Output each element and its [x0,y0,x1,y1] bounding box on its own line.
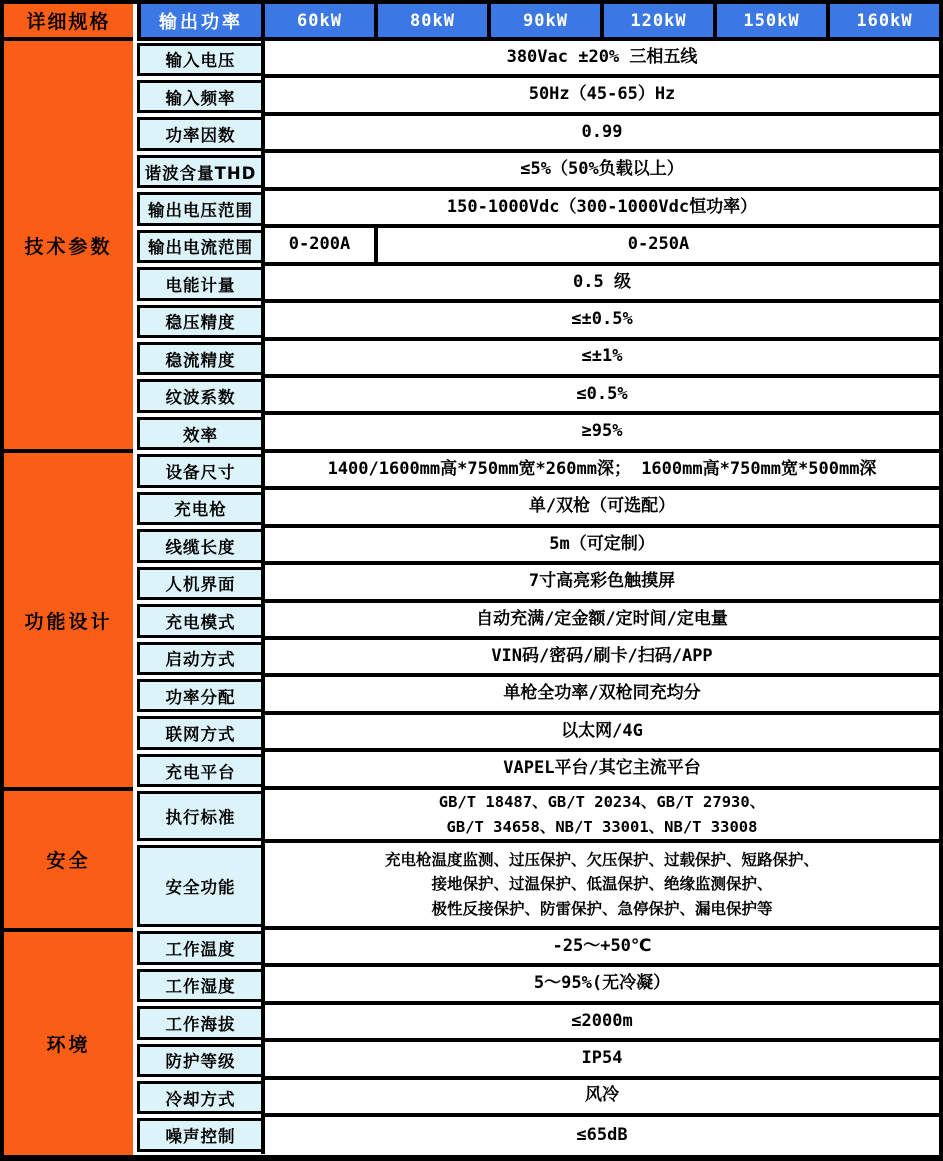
output-power-header-wrap: 输出功率 [137,4,261,41]
param-label-wrap: 执行标准 [137,790,261,844]
value-zone: 380Vac ±20% 三相五线 [261,41,939,78]
spec-value: 7寸高亮彩色触摸屏 [265,565,939,598]
category-column: 详细规格 技术参数功能设计安全环境 [4,4,133,1155]
value-zone: ≤65dB [261,1117,939,1154]
power-column-header: 80kW [378,4,487,37]
group-label-4: 环境 [4,932,133,1156]
param-label-wrap: 输出电压范围 [137,191,261,228]
param-label: 输出电流范围 [137,230,261,263]
param-label-wrap: 输入电压 [137,41,261,78]
bottom-edge-tick [378,1156,382,1160]
value-zone: 单/双枪（可选配） [261,490,939,527]
param-label: 充电模式 [137,604,261,637]
bottom-edge-tick [603,1156,607,1160]
param-label: 联网方式 [137,716,261,749]
value-zone: 1400/1600mm高*750mm宽*260mm深； 1600mm高*750m… [261,453,939,490]
spec-value: ≤65dB [265,1117,939,1154]
value-zone: ≥95% [261,415,939,452]
spec-row: 效率≥95% [137,415,939,452]
param-label-wrap: 联网方式 [137,715,261,752]
param-label: 启动方式 [137,642,261,675]
param-label: 功率分配 [137,679,261,712]
spec-value: 风冷 [265,1080,939,1113]
spec-row: 输入电压380Vac ±20% 三相五线 [137,41,939,78]
spec-value: VAPEL平台/其它主流平台 [265,752,939,785]
param-label: 防护等级 [137,1044,261,1077]
spec-value: VIN码/密码/刷卡/扫码/APP [265,640,939,673]
spec-row: 线缆长度5m（可定制） [137,528,939,565]
spec-row: 充电平台VAPEL平台/其它主流平台 [137,752,939,789]
value-zone: 0-200A0-250A [261,228,939,265]
param-label-wrap: 输出电流范围 [137,228,261,265]
param-label-wrap: 工作海拔 [137,1005,261,1042]
spec-value: 5m（可定制） [265,528,939,561]
value-zone: VAPEL平台/其它主流平台 [261,752,939,789]
corner-title: 详细规格 [4,4,133,41]
spec-value: 380Vac ±20% 三相五线 [265,41,939,74]
param-label: 稳流精度 [137,342,261,375]
spec-value: 单枪全功率/双枪同充均分 [265,677,939,710]
param-label-wrap: 噪声控制 [137,1117,261,1154]
spec-value: 单/双枪（可选配） [265,490,939,523]
param-label-wrap: 稳压精度 [137,303,261,340]
param-label: 设备尺寸 [137,454,261,487]
spec-value: 0-250A [378,228,939,261]
group-label-3: 安全 [4,791,133,932]
param-label: 效率 [137,417,261,450]
spec-row: 联网方式以太网/4G [137,715,939,752]
value-zone: 50Hz（45-65）Hz [261,78,939,115]
power-column-header: 160kW [830,4,939,37]
spec-value: 150-1000Vdc（300-1000Vdc恒功率） [265,191,939,224]
param-label-wrap: 启动方式 [137,640,261,677]
spec-row: 安全功能充电枪温度监测、过压保护、欠压保护、过载保护、短路保护、 接地保护、过温… [137,843,939,930]
spec-row: 功率因数0.99 [137,116,939,153]
spec-row: 输出电流范围0-200A0-250A [137,228,939,265]
value-zone: 单枪全功率/双枪同充均分 [261,677,939,714]
spec-row: 输入频率50Hz（45-65）Hz [137,78,939,115]
param-label: 冷却方式 [137,1081,261,1114]
param-label-wrap: 充电平台 [137,752,261,789]
spec-content-column: 输出功率 60kW80kW90kW120kW150kW160kW 输入电压380… [137,4,939,1155]
value-zone: ≤0.5% [261,378,939,415]
value-zone: 充电枪温度监测、过压保护、欠压保护、过载保护、短路保护、 接地保护、过温保护、低… [261,843,939,930]
param-label-wrap: 稳流精度 [137,341,261,378]
spec-value: -25～+50℃ [265,930,939,963]
spec-value: 5～95%(无冷凝） [265,967,939,1000]
power-column-header: 120kW [604,4,713,37]
value-zone: VIN码/密码/刷卡/扫码/APP [261,640,939,677]
spec-value: ≤±1% [265,341,939,374]
output-power-header: 输出功率 [137,4,261,41]
spec-row: 充电枪单/双枪（可选配） [137,490,939,527]
power-columns-zone: 60kW80kW90kW120kW150kW160kW [261,4,939,41]
param-label: 充电平台 [137,754,261,787]
param-label: 人机界面 [137,567,261,600]
spec-value: 自动充满/定金额/定时间/定电量 [265,603,939,636]
param-label-wrap: 工作湿度 [137,967,261,1004]
group-label-2: 功能设计 [4,453,133,791]
param-label-wrap: 谐波含量THD [137,153,261,190]
spec-row: 工作温度-25～+50℃ [137,930,939,967]
param-label: 谐波含量THD [137,155,261,188]
value-zone: ≤2000m [261,1005,939,1042]
param-label-wrap: 冷却方式 [137,1080,261,1117]
product-spec-table: 详细规格 技术参数功能设计安全环境 输出功率 60kW80kW90kW120kW… [0,0,943,1161]
spec-row: 执行标准GB/T 18487、GB/T 20234、GB/T 27930、 GB… [137,790,939,844]
value-zone: 5m（可定制） [261,528,939,565]
bottom-edge-tick [715,1156,719,1160]
param-label-wrap: 充电枪 [137,490,261,527]
power-column-header: 150kW [717,4,826,37]
spec-value: ≤2000m [265,1005,939,1038]
param-label-wrap: 功率分配 [137,677,261,714]
bottom-edge-tick [490,1156,494,1160]
param-label: 噪声控制 [137,1118,261,1151]
spec-row: 噪声控制≤65dB [137,1117,939,1154]
param-label-wrap: 线缆长度 [137,528,261,565]
value-zone: 以太网/4G [261,715,939,752]
param-label-wrap: 防护等级 [137,1042,261,1079]
power-column-header: 90kW [491,4,600,37]
spec-value: 充电枪温度监测、过压保护、欠压保护、过载保护、短路保护、 接地保护、过温保护、低… [265,843,939,926]
param-label: 充电枪 [137,492,261,525]
param-label: 执行标准 [137,791,261,841]
param-label: 纹波系数 [137,379,261,412]
param-label: 输出电压范围 [137,192,261,225]
value-zone: 5～95%(无冷凝） [261,967,939,1004]
spec-row: 稳压精度≤±0.5% [137,303,939,340]
spec-value: 50Hz（45-65）Hz [265,78,939,111]
spec-value: ≤0.5% [265,378,939,411]
spec-row: 防护等级IP54 [137,1042,939,1079]
spec-value: 0.5 级 [265,266,939,299]
param-label: 工作温度 [137,931,261,964]
spec-value: IP54 [265,1042,939,1075]
param-label-wrap: 效率 [137,415,261,452]
param-label-wrap: 纹波系数 [137,378,261,415]
param-label-wrap: 人机界面 [137,565,261,602]
spec-row: 稳流精度≤±1% [137,341,939,378]
param-label: 线缆长度 [137,529,261,562]
param-label-wrap: 功率因数 [137,116,261,153]
spec-row: 设备尺寸1400/1600mm高*750mm宽*260mm深； 1600mm高*… [137,453,939,490]
spec-row: 功率分配单枪全功率/双枪同充均分 [137,677,939,714]
value-zone: 0.99 [261,116,939,153]
group-label-1: 技术参数 [4,41,133,453]
spec-value: 以太网/4G [265,715,939,748]
param-label: 功率因数 [137,117,261,150]
spec-value: ≥95% [265,415,939,448]
value-zone: GB/T 18487、GB/T 20234、GB/T 27930、 GB/T 3… [261,790,939,844]
header-row: 输出功率 60kW80kW90kW120kW150kW160kW [137,4,939,41]
spec-row: 人机界面7寸高亮彩色触摸屏 [137,565,939,602]
spec-row: 工作湿度5～95%(无冷凝） [137,967,939,1004]
value-zone: 150-1000Vdc（300-1000Vdc恒功率） [261,191,939,228]
spec-value: ≤5%（50%负载以上） [265,153,939,186]
param-label: 电能计量 [137,267,261,300]
power-column-header: 60kW [265,4,374,37]
bottom-edge-tick [828,1156,832,1160]
param-label-wrap: 充电模式 [137,603,261,640]
value-zone: ≤±0.5% [261,303,939,340]
spec-row: 输出电压范围150-1000Vdc（300-1000Vdc恒功率） [137,191,939,228]
value-zone: -25～+50℃ [261,930,939,967]
param-label: 安全功能 [137,845,261,928]
spec-row: 纹波系数≤0.5% [137,378,939,415]
value-zone: 7寸高亮彩色触摸屏 [261,565,939,602]
spec-row: 谐波含量THD≤5%（50%负载以上） [137,153,939,190]
value-zone: IP54 [261,1042,939,1079]
spec-value: 0.99 [265,116,939,149]
value-zone: ≤±1% [261,341,939,378]
value-zone: 风冷 [261,1080,939,1117]
param-label: 输入电压 [137,43,261,76]
value-zone: 0.5 级 [261,266,939,303]
spec-value: 0-200A [265,228,374,261]
param-label: 工作海拔 [137,1006,261,1039]
spec-row: 电能计量0.5 级 [137,266,939,303]
spec-value: 1400/1600mm高*750mm宽*260mm深； 1600mm高*750m… [265,453,939,486]
param-label-wrap: 输入频率 [137,78,261,115]
value-zone: 自动充满/定金额/定时间/定电量 [261,603,939,640]
param-label-wrap: 电能计量 [137,266,261,303]
spec-row: 充电模式自动充满/定金额/定时间/定电量 [137,603,939,640]
spec-row: 启动方式VIN码/密码/刷卡/扫码/APP [137,640,939,677]
param-label: 输入频率 [137,80,261,113]
param-label-wrap: 设备尺寸 [137,453,261,490]
bottom-edge-tick [133,1156,137,1160]
spec-value: ≤±0.5% [265,303,939,336]
param-label-wrap: 安全功能 [137,843,261,930]
param-label: 工作湿度 [137,969,261,1002]
spec-row: 工作海拔≤2000m [137,1005,939,1042]
spec-value: GB/T 18487、GB/T 20234、GB/T 27930、 GB/T 3… [265,790,939,840]
param-label-wrap: 工作温度 [137,930,261,967]
spec-row: 冷却方式风冷 [137,1080,939,1117]
bottom-edge-tick [265,1156,269,1160]
value-zone: ≤5%（50%负载以上） [261,153,939,190]
param-label: 稳压精度 [137,305,261,338]
